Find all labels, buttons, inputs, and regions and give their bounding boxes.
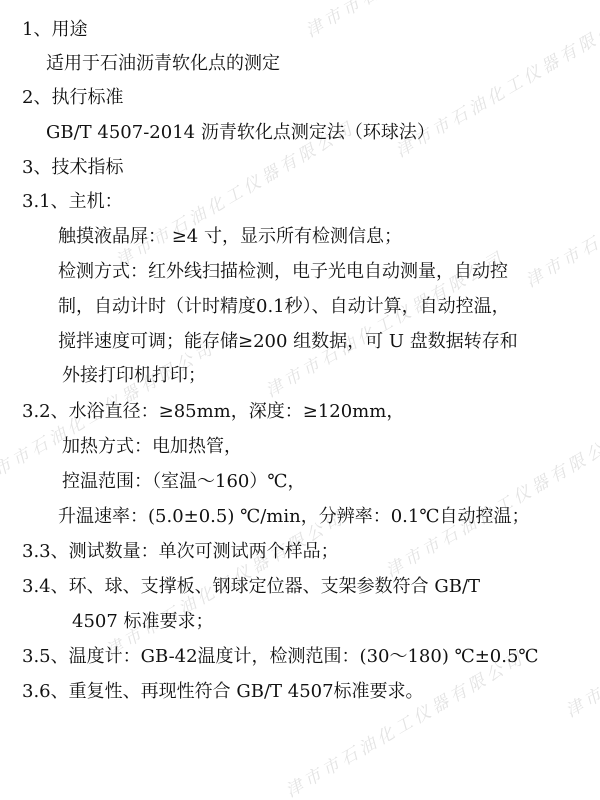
spec-3-1-title: 3.1、主机： [22,191,123,213]
spec-3-5: 3.5、温度计：GB-42温度计，检测范围：(30～180) ℃±0.5℃ [22,646,539,668]
spec-3-1-storage: 搅拌速度可调；能存储≥200 组数据，可 U 盘数据转存和 [58,331,518,353]
spec-3-1-detection-cont: 制，自动计时（计时精度0.1秒）、自动计算，自动控温， [58,296,510,318]
spec-3-4-cont: 4507 标准要求； [72,611,214,633]
spec-3-1-printer: 外接打印机打印； [62,365,206,387]
watermark-text: 津市市石油化工仪器有限公司 [300,0,549,42]
standard-text: GB/T 4507-2014 沥青软化点测定法（环球法） [46,122,435,144]
spec-3-2-heating: 加热方式：电加热管， [62,436,242,458]
spec-3-2-temp-range: 控温范围：（室温～160）℃， [62,471,306,493]
watermark-text: 津市市石油化工仪器有限公司 [560,564,600,722]
spec-3-4: 3.4、环、球、支撑板、钢球定位器、支架参数符合 GB/T [22,576,480,598]
spec-3-1-screen: 触摸液晶屏： ≥4 寸，显示所有检测信息； [58,226,402,248]
usage-text: 适用于石油沥青软化点的测定 [46,53,280,75]
watermark-layer: 津市市石油化工仪器有限公司 津市市石油化工仪器有限公司 津市市石油化工仪器有限公… [0,0,600,800]
watermark-text: 津市市石油化工仪器有限公司 [520,134,600,292]
watermark-text: 津市市石油化工仪器有限公司 [380,424,600,582]
heading-standard: 2、执行标准 [22,87,123,109]
heading-specs: 3、技术指标 [22,157,123,179]
spec-3-2-heating-rate: 升温速率：(5.0±0.5) ℃/min，分辨率：0.1℃自动控温； [58,506,529,528]
spec-3-1-detection: 检测方式：红外线扫描检测，电子光电自动测量，自动控 [58,261,508,283]
heading-usage: 1、用途 [22,19,87,41]
spec-3-2-bath: 3.2、水浴直径：≥85mm，深度：≥120mm， [22,401,404,423]
spec-3-6: 3.6、重复性、再现性符合 GB/T 4507标准要求。 [22,681,424,703]
spec-3-3: 3.3、测试数量：单次可测试两个样品； [22,541,339,563]
